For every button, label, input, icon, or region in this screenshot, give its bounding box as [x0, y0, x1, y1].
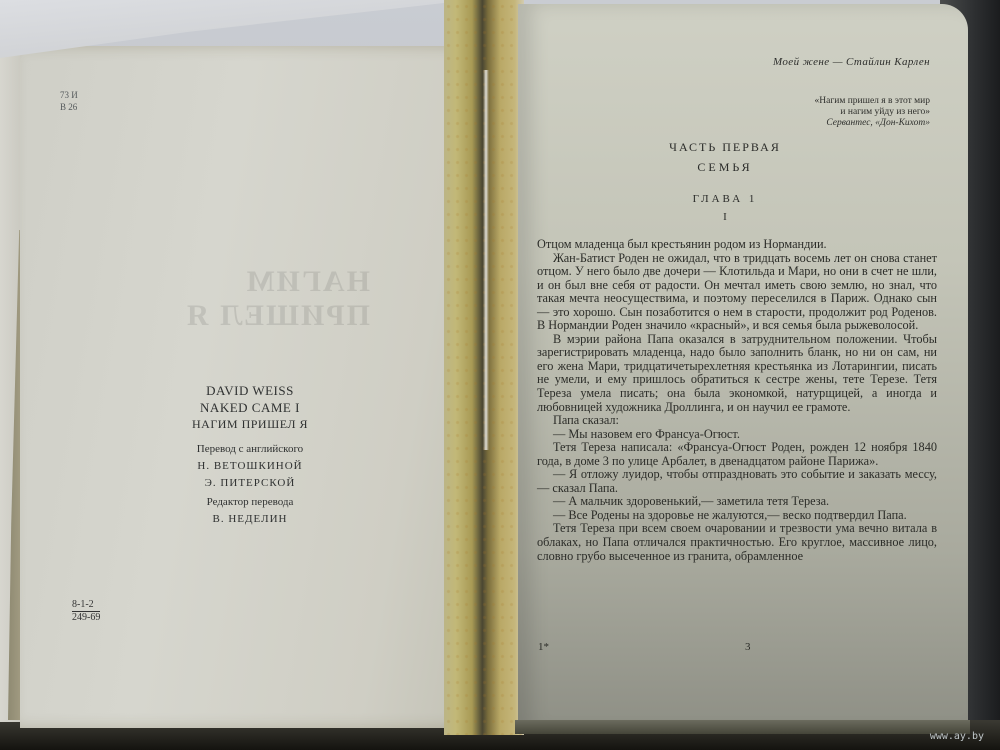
translator-2: Э. ПИТЕРСКОЙ [152, 475, 348, 492]
code-line: 73 И [60, 89, 78, 101]
section-number: I [560, 211, 890, 223]
part-title: СЕМЬЯ [560, 160, 890, 175]
title-ru: НАГИМ ПРИШЕЛ Я [152, 416, 348, 433]
paragraph: Отцом младенца был крестьянин родом из Н… [537, 238, 937, 252]
watermark: www.ay.by [930, 731, 984, 742]
paragraph: — Все Родены на здоровье не жалуются,— в… [537, 509, 937, 523]
code-line: 8-1-2 [72, 599, 100, 611]
part-heading: ЧАСТЬ ПЕРВАЯ [560, 140, 890, 155]
dedication: Моей жене — Стайлин Карлен [773, 56, 930, 68]
editor-label: Редактор перевода [152, 494, 348, 511]
chapter-body-text: Отцом младенца был крестьянин родом из Н… [537, 238, 937, 563]
show-through-text: НАГИМ ПРИШЕЛ Я [130, 265, 370, 355]
translator-1: Н. ВЕТОШКИНОЙ [152, 458, 348, 475]
author-en: DAVID WEISS [152, 382, 348, 399]
paragraph: Тетя Тереза при всем своем очаровании и … [537, 522, 937, 563]
paragraph: — Мы назовем его Франсуа-Огюст. [537, 428, 937, 442]
paragraph: Тетя Тереза написала: «Франсуа-Огюст Род… [537, 441, 937, 468]
chapter-heading: ГЛАВА 1 [560, 193, 890, 205]
page-stack-edge [515, 720, 970, 734]
epigraph-line: «Нагим пришел я в этот мир [815, 96, 930, 107]
paragraph: — А мальчик здоровенький,— заметила тетя… [537, 495, 937, 509]
editor-name: В. НЕДЕЛИН [152, 511, 348, 528]
epigraph-source: Сервантес, «Дон-Кихот» [815, 118, 930, 129]
print-code-bottom: 8-1-2 249-69 [72, 599, 100, 624]
paragraph: Папа сказал: [537, 414, 937, 428]
translation-label: Перевод с английского [152, 441, 348, 458]
page-number: 3 [745, 641, 751, 653]
library-code-top: 73 И В 26 [60, 89, 78, 113]
epigraph-line: и нагим уйду из него» [815, 107, 930, 118]
spine-glare [483, 70, 489, 450]
paragraph: Жан-Батист Роден не ожидал, что в тридца… [537, 252, 937, 333]
code-line: В 26 [60, 101, 78, 113]
title-en: NAKED CAME I [152, 399, 348, 416]
code-line: 249-69 [72, 611, 100, 624]
epigraph: «Нагим пришел я в этот мир и нагим уйду … [815, 96, 930, 129]
signature-mark: 1* [538, 641, 549, 653]
title-imprint: DAVID WEISS NAKED CAME I НАГИМ ПРИШЕЛ Я … [152, 382, 348, 528]
paragraph: В мэрии района Папа оказался в затруднит… [537, 333, 937, 414]
paragraph: — Я отложу луидор, чтобы отпраздновать э… [537, 468, 937, 495]
